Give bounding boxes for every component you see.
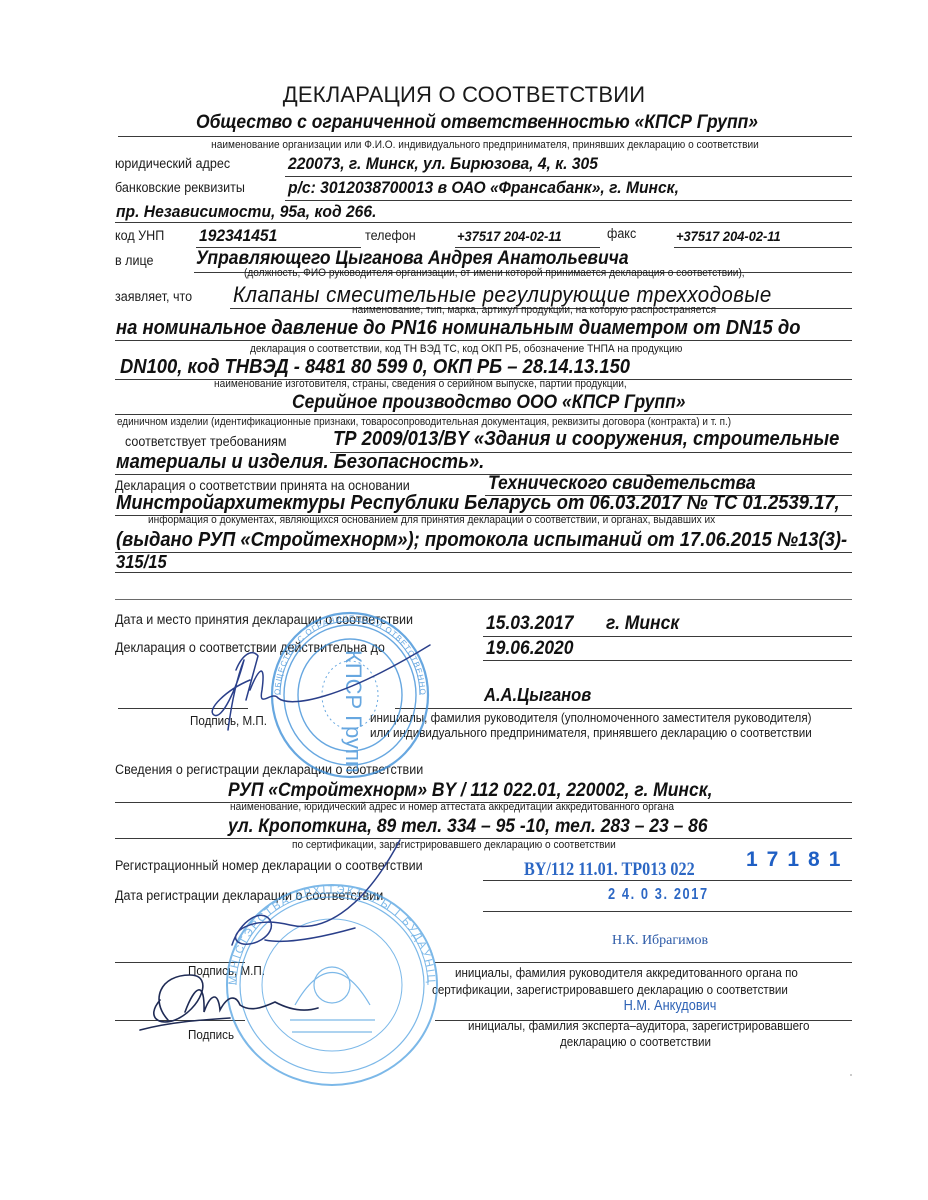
acceptance-date-underline [483,636,852,637]
bank-details-underline1 [285,200,852,201]
document-title: ДЕКЛАРАЦИЯ О СООТВЕТСТВИИ [0,82,928,108]
reg-date-stamp: 2 4. 0 3. 2017 [608,886,709,904]
fax-value: +37517 204-02-11 [676,228,781,244]
phone-label: телефон [365,228,416,243]
bank-details-line2: пр. Независимости, 95а, код 266. [116,202,376,222]
basis-line3: (выдано РУП «Стройтехнорм»); протокола и… [116,529,847,552]
acceptance-date: 15.03.2017 [486,613,573,635]
compliance-line2: материалы и изделия. Безопасность». [116,451,484,474]
expert-signature-underline [115,1020,245,1021]
reg-number-digits-stamp: 17181 [746,848,849,872]
product-line2-underline [115,340,852,341]
organization-name-caption: наименование организации или Ф.И.О. инди… [147,139,822,151]
declares-label: заявляет, что [115,289,192,304]
registration-label: Сведения о регистрации декларации о соот… [115,762,423,777]
head-signature-underline [115,962,245,963]
signature-mp-label: Подпись, М.П. [190,714,267,728]
basis-underline4 [115,572,852,573]
signer-caption1: инициалы, фамилия руководителя (уполномо… [370,711,812,725]
reg-number-underline [483,880,852,881]
valid-until-label: Декларация о соответствии действительна … [115,640,385,655]
acceptance-date-place-label: Дата и место принятия декларации о соотв… [115,612,413,627]
manufacturer-underline [115,414,852,415]
registration-body-caption1: наименование, юридический адрес и номер … [230,801,674,813]
expert-caption2: декларацию о соответствии [560,1035,711,1049]
legal-address-label: юридический адрес [115,156,230,171]
head-name-underline [435,962,852,963]
valid-until-underline [483,660,852,661]
signer-caption2: или индивидуального предпринимателя, при… [370,726,812,740]
phone-value: +37517 204-02-11 [457,228,562,244]
bank-details-underline2 [115,222,852,223]
product-line2: на номинальное давление до PN16 номиналь… [116,317,800,340]
reg-number-label: Регистрационный номер декларации о соотв… [115,858,423,873]
registration-body-line2: ул. Кропоткина, 89 тел. 334 – 95 -10, те… [228,816,708,838]
represented-by-caption: (должность, ФИО руководителя организации… [244,267,745,279]
blank-underline [115,599,852,600]
unp-label: код УНП [115,228,164,243]
head-signature-mp-label: Подпись, М.П. [188,964,265,978]
company-seal-text: КПСР Групп [341,650,366,773]
expert-signature-icon [140,975,318,1030]
product-caption4: единичном изделии (идентификационные при… [117,416,731,428]
reg-number-stamp: BY/112 11.01. TP013 022 [524,859,695,881]
manufacturer-line: Серийное производство ООО «КПСР Групп» [292,392,686,414]
reg-date-underline [483,911,852,912]
legal-address-underline [285,176,852,177]
represented-by-label: в лице [115,253,154,268]
signature-underline [118,708,248,709]
product-caption1: наименование, тип, марка, артикул продук… [352,304,716,316]
basis-underline3 [115,552,852,553]
expert-caption1: инициалы, фамилия эксперта–аудитора, зар… [468,1019,809,1033]
bank-details-label: банковские реквизиты [115,180,245,195]
bank-details-line1: р/с: 3012038700013 в ОАО «Франсабанк», г… [288,178,679,198]
valid-until-value: 19.06.2020 [486,638,573,660]
registration-body-caption2: по сертификации, зарегистрировавшего дек… [292,839,616,851]
expert-signature-label: Подпись [188,1028,234,1042]
basis-caption: информация о документах, являющихся осно… [148,514,715,526]
head-name: Н.К. Ибрагимов [612,933,708,949]
compliance-label: соответствует требованиям [125,434,287,449]
product-caption3: наименование изготовителя, страны, сведе… [214,378,627,390]
reg-date-label: Дата регистрации декларации о соответств… [115,888,383,903]
organization-name: Общество с ограниченной ответственностью… [196,112,758,134]
basis-line2: Минстройархитектуры Республики Беларусь … [116,492,840,515]
product-caption2: декларация о соответствии, код ТН ВЭД ТС… [250,343,682,355]
acceptance-place: г. Минск [606,613,679,635]
fax-label: факс [607,226,636,241]
compliance-line1: ТР 2009/013/BY «Здания и сооружения, стр… [333,428,839,451]
legal-address-value: 220073, г. Минск, ул. Бирюзова, 4, к. 30… [288,154,598,174]
registration-body-line1: РУП «Стройтехнорм» BY / 112 022.01, 2200… [228,780,712,802]
product-line3: DN100, код ТНВЭД - 8481 80 599 0, ОКП РБ… [120,356,630,379]
head-caption1: инициалы, фамилия руководителя аккредито… [455,966,798,980]
expert-name: Н.М. Анкудович [582,998,758,1014]
head-caption2: сертификации, зарегистрировавшего деклар… [432,983,788,997]
signer-name: А.А.Цыганов [484,685,591,706]
organization-name-underline [118,136,852,137]
basis-label: Декларация о соответствии принята на осн… [115,478,410,493]
unp-value: 192341451 [199,226,277,246]
basis-line4: 315/15 [116,552,167,573]
fax-underline [674,247,852,248]
signer-name-underline [395,708,852,709]
